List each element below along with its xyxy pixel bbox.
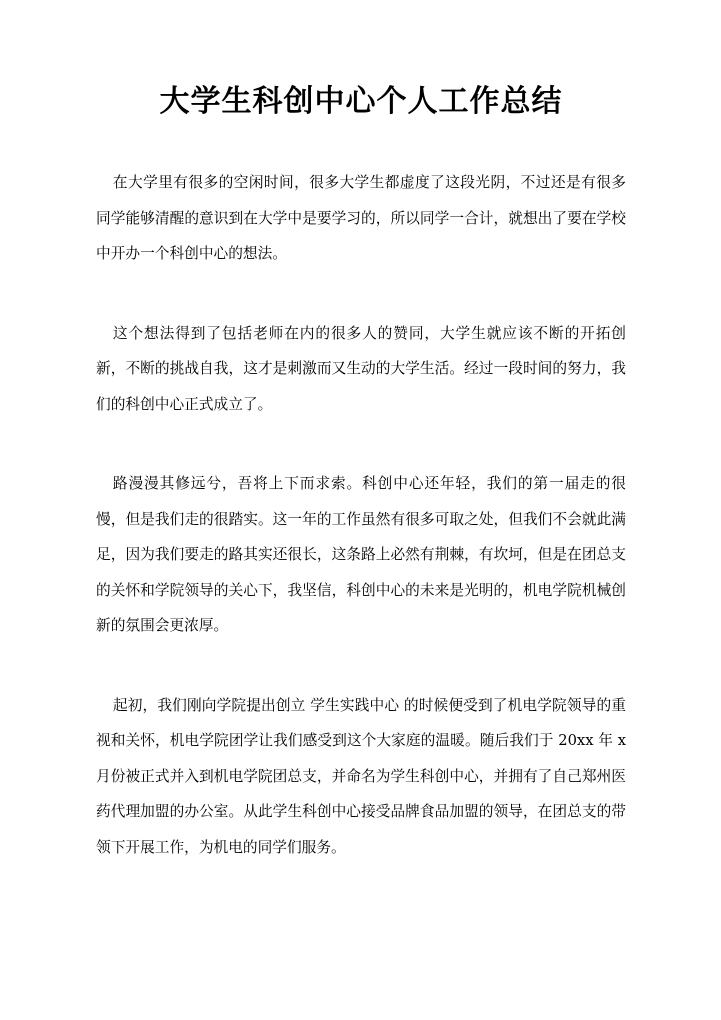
paragraph-1: 在大学里有很多的空闲时间，很多大学生都虚度了这段光阴，不过还是有很多同学能够清醒… (96, 165, 626, 272)
document-title: 大学生科创中心个人工作总结 (96, 84, 626, 119)
paragraph-2: 这个想法得到了包括老师在内的很多人的赞同，大学生就应该不断的开拓创新，不断的挑战… (96, 316, 626, 423)
document-page: 大学生科创中心个人工作总结 在大学里有很多的空闲时间，很多大学生都虚度了这段光阴… (0, 0, 721, 1020)
paragraph-4: 起初，我们刚向学院提出创立 学生实践中心 的时候便受到了机电学院领导的重视和关怀… (96, 688, 626, 866)
paragraph-3: 路漫漫其修远兮，吾将上下而求索。科创中心还年轻，我们的第一届走的很慢，但是我们走… (96, 466, 626, 644)
